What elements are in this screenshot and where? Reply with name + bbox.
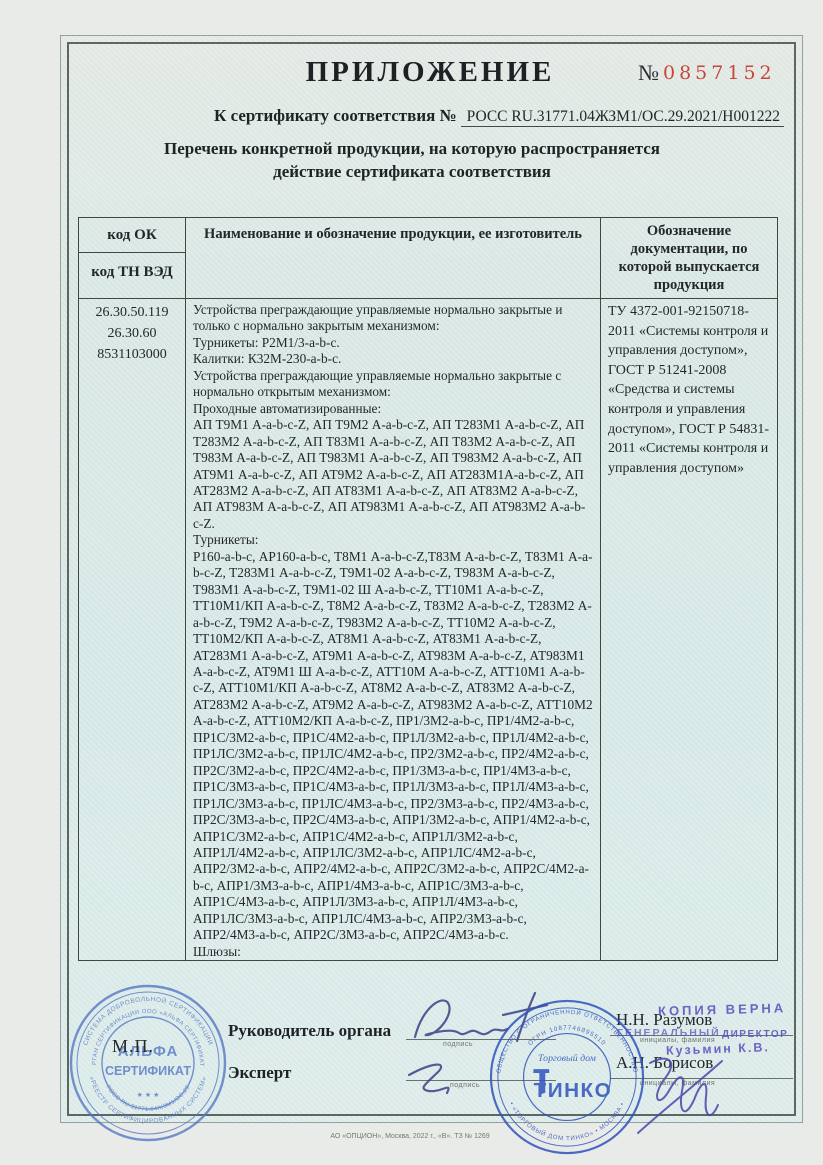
alfa-stamp-center-line2: СЕРТИФИКАТ	[105, 1064, 191, 1078]
certificate-reference: К сертификату соответствия №РОСС RU.3177…	[214, 106, 784, 126]
tinko-stamp-script: Торговый дом	[538, 1053, 597, 1064]
expert-label: Эксперт	[228, 1063, 291, 1083]
mp-seal-placeholder: М.П.	[112, 1036, 154, 1057]
product-paragraph: Турникеты: Р2М1/3-a-b-c.	[193, 335, 594, 351]
svg-text:• «ТОРГОВЫЙ ДОМ ТИНКО» • МОСКВ: • «ТОРГОВЫЙ ДОМ ТИНКО» • МОСКВА •	[508, 1101, 627, 1142]
page-title: ПРИЛОЖЕНИЕ	[230, 56, 630, 89]
subtitle: Перечень конкретной продукции, на котору…	[62, 137, 762, 183]
certificate-reference-label: К сертификату соответствия №	[214, 106, 457, 125]
header-tnved-code: код ТН ВЭД	[79, 253, 185, 291]
product-paragraph: Устройства преграждающие управляемые нор…	[193, 302, 594, 335]
code-tnved: 8531103000	[79, 344, 185, 365]
form-number: № 0857152	[638, 60, 776, 86]
copy-true-stamp-line2b: ДИРЕКТОР	[722, 1029, 788, 1040]
certificate-number: РОСС RU.31771.04ЖЗМ1/ОС.29.2021/Н001222	[461, 108, 784, 127]
codes-cell: 26.30.50.119 26.30.60 8531103000	[79, 299, 186, 961]
header-ok-code: код ОК	[79, 218, 185, 253]
product-paragraph: Устройства преграждающие управляемые нор…	[193, 368, 594, 401]
product-paragraph: Турникеты:	[193, 532, 594, 548]
alfa-certificate-stamp: СИСТЕМА ДОБРОВОЛЬНОЙ СЕРТИФИКАЦИИ ОРГАН …	[68, 983, 228, 1143]
code-ok2: 26.30.60	[79, 323, 185, 344]
header-codes-cell: код ОК код ТН ВЭД	[79, 218, 186, 299]
head-of-body-label: Руководитель органа	[228, 1021, 391, 1041]
tinko-company-stamp: ОБЩЕСТВО С ОГРАНИЧЕННОЙ ОТВЕТСТВЕННОСТЬЮ…	[488, 998, 646, 1156]
product-cell: Устройства преграждающие управляемые нор…	[186, 299, 601, 961]
product-paragraph: Р160-a-b-c, АР160-a-b-c, Т8М1 А-a-b-c-Z,…	[193, 549, 594, 944]
form-number-digits: 0857152	[663, 62, 776, 84]
code-ok: 26.30.50.119	[79, 302, 185, 323]
number-sign: №	[638, 60, 659, 85]
product-paragraph: Проходные автоматизированные:	[193, 401, 594, 417]
tinko-stamp-ring-bottom: • «ТОРГОВЫЙ ДОМ ТИНКО» • МОСКВА •	[508, 1101, 627, 1142]
product-paragraph: АП Т9М1 А-a-b-c-Z, АП Т9М2 А-a-b-c-Z, АП…	[193, 417, 594, 532]
documentation-text: ТУ 4372-001-92150718-2011 «Системы контр…	[601, 299, 777, 478]
alfa-stamp-ring-outer-bottom: «РЕЕСТР СЕРТИФИЦИРОВАННЫХ СИСТЕМ»	[88, 1076, 209, 1125]
header-documentation: Обозначение документации, по которой вып…	[601, 218, 778, 299]
documentation-cell: ТУ 4372-001-92150718-2011 «Системы контр…	[601, 299, 778, 961]
product-table: код ОК код ТН ВЭД Наименование и обознач…	[78, 217, 778, 961]
alfa-stamp-stars: ★ ★ ★	[137, 1091, 160, 1099]
subtitle-line2: действие сертификата соответствия	[62, 160, 762, 183]
product-paragraph: Калитки: К32М-230-a-b-c.	[193, 351, 594, 367]
product-paragraph: Шлюзы:	[193, 944, 594, 960]
subtitle-line1: Перечень конкретной продукции, на котору…	[62, 137, 762, 160]
tinko-stamp-name: ТИНКО	[534, 1079, 613, 1102]
header-product-name: Наименование и обозначение продукции, ее…	[186, 218, 601, 299]
svg-text:«РЕЕСТР СЕРТИФИЦИРОВАННЫХ СИСТ: «РЕЕСТР СЕРТИФИЦИРОВАННЫХ СИСТЕМ»	[88, 1076, 209, 1125]
